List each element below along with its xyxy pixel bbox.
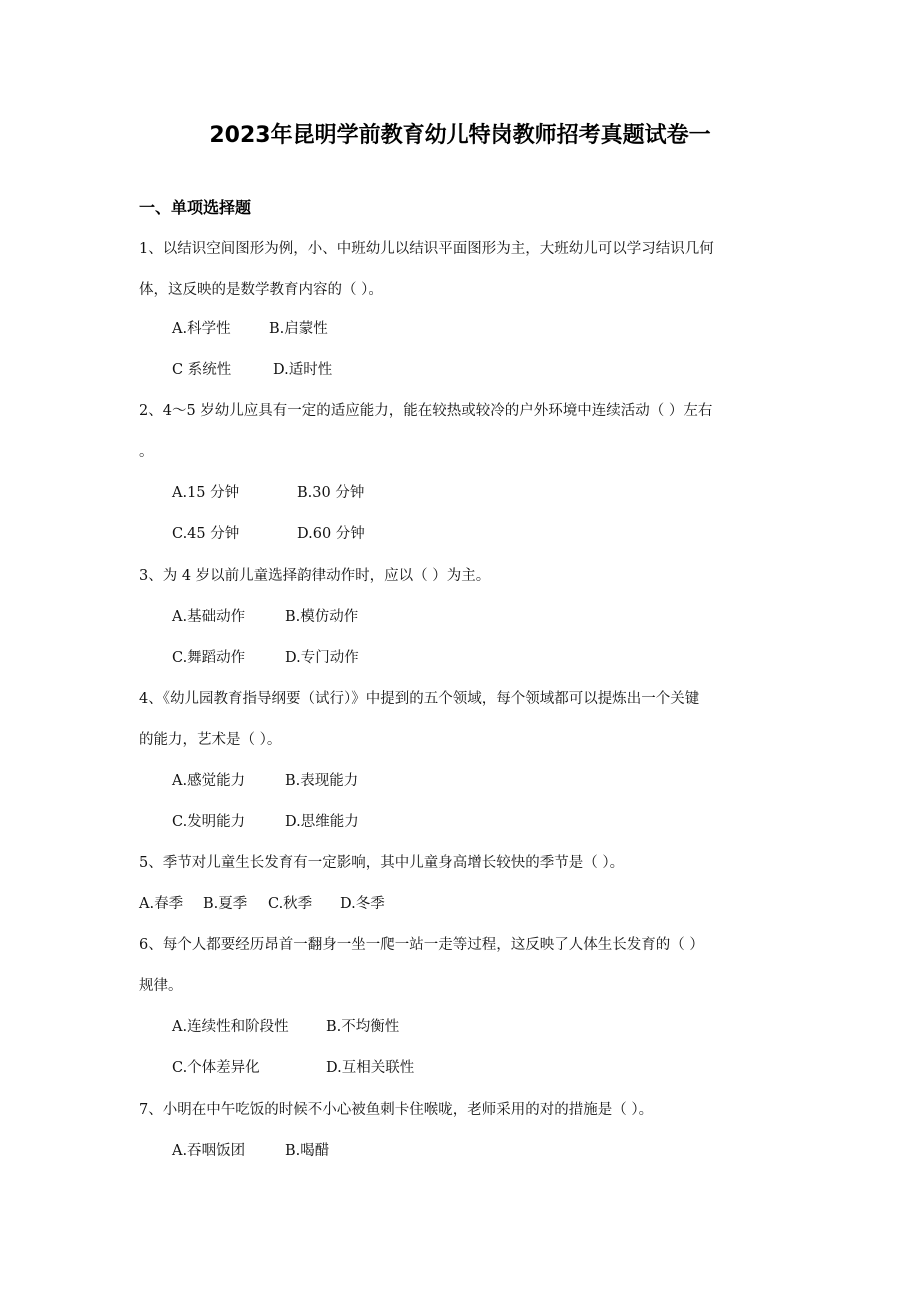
question-7-option-b: B.喝醋 [285, 1141, 329, 1161]
question-5-option-c: C.秋季 [268, 894, 312, 914]
question-1-option-a: A.科学性 [172, 319, 231, 339]
question-3-option-d: D.专门动作 [285, 648, 359, 668]
question-2-option-a: A.15 分钟 [172, 483, 239, 503]
question-3-option-a: A.基础动作 [172, 607, 245, 627]
question-1-option-d: D.适时性 [273, 360, 332, 380]
question-6-option-c: C.个体差异化 [172, 1058, 260, 1078]
document-page: 2023年昆明学前教育幼儿特岗教师招考真题试卷一 一、单项选择题 1、以结识空间… [0, 0, 920, 1302]
question-2-line-2: 。 [139, 442, 154, 462]
question-2-line-1: 2、4～5 岁幼儿应具有一定的适应能力，能在较热或较冷的户外环境中连续活动（ ）… [139, 401, 712, 421]
question-1-option-c: C 系统性 [172, 360, 231, 380]
question-5-option-b: B.夏季 [203, 894, 247, 914]
question-3-option-b: B.模仿动作 [285, 607, 358, 627]
question-5-line-1: 5、季节对儿童生长发育有一定影响，其中儿童身高增长较快的季节是（ ）。 [139, 853, 624, 873]
question-4-option-c: C.发明能力 [172, 812, 245, 832]
section-heading: 一、单项选择题 [139, 195, 251, 218]
question-7-option-a: A.吞咽饭团 [172, 1141, 245, 1161]
question-2-option-c: C.45 分钟 [172, 524, 239, 544]
question-6-option-a: A.连续性和阶段性 [172, 1017, 289, 1037]
question-3-option-c: C.舞蹈动作 [172, 648, 245, 668]
question-4-option-d: D.思维能力 [285, 812, 359, 832]
question-6-line-1: 6、每个人都要经历昂首一翻身一坐一爬一站一走等过程，这反映了人体生长发育的（ ） [139, 935, 704, 955]
question-6-option-d: D.互相关联性 [326, 1058, 414, 1078]
question-3-line-1: 3、为 4 岁以前儿童选择韵律动作时，应以（ ）为主。 [139, 566, 490, 586]
question-6-line-2: 规律。 [139, 976, 183, 996]
question-1-line-1: 1、以结识空间图形为例，小、中班幼儿以结识平面图形为主，大班幼儿可以学习结识几何 [139, 239, 714, 259]
page-title: 2023年昆明学前教育幼儿特岗教师招考真题试卷一 [0, 118, 920, 149]
question-1-option-b: B.启蒙性 [269, 319, 328, 339]
question-5-option-d: D.冬季 [340, 894, 385, 914]
question-5-option-a: A.春季 [139, 894, 183, 914]
question-4-line-1: 4、《幼儿园教育指导纲要（试行）》中提到的五个领域，每个领域都可以提炼出一个关键 [139, 689, 699, 709]
question-6-option-b: B.不均衡性 [326, 1017, 399, 1037]
question-2-option-d: D.60 分钟 [297, 524, 365, 544]
question-4-line-2: 的能力，艺术是（ ）。 [139, 730, 281, 750]
question-4-option-a: A.感觉能力 [172, 771, 245, 791]
question-1-line-2: 体，这反映的是数学教育内容的（ ）。 [139, 280, 383, 300]
question-7-line-1: 7、小明在中午吃饭的时候不小心被鱼刺卡住喉咙，老师采用的对的措施是（ ）。 [139, 1100, 653, 1120]
question-2-option-b: B.30 分钟 [297, 483, 364, 503]
question-4-option-b: B.表现能力 [285, 771, 358, 791]
